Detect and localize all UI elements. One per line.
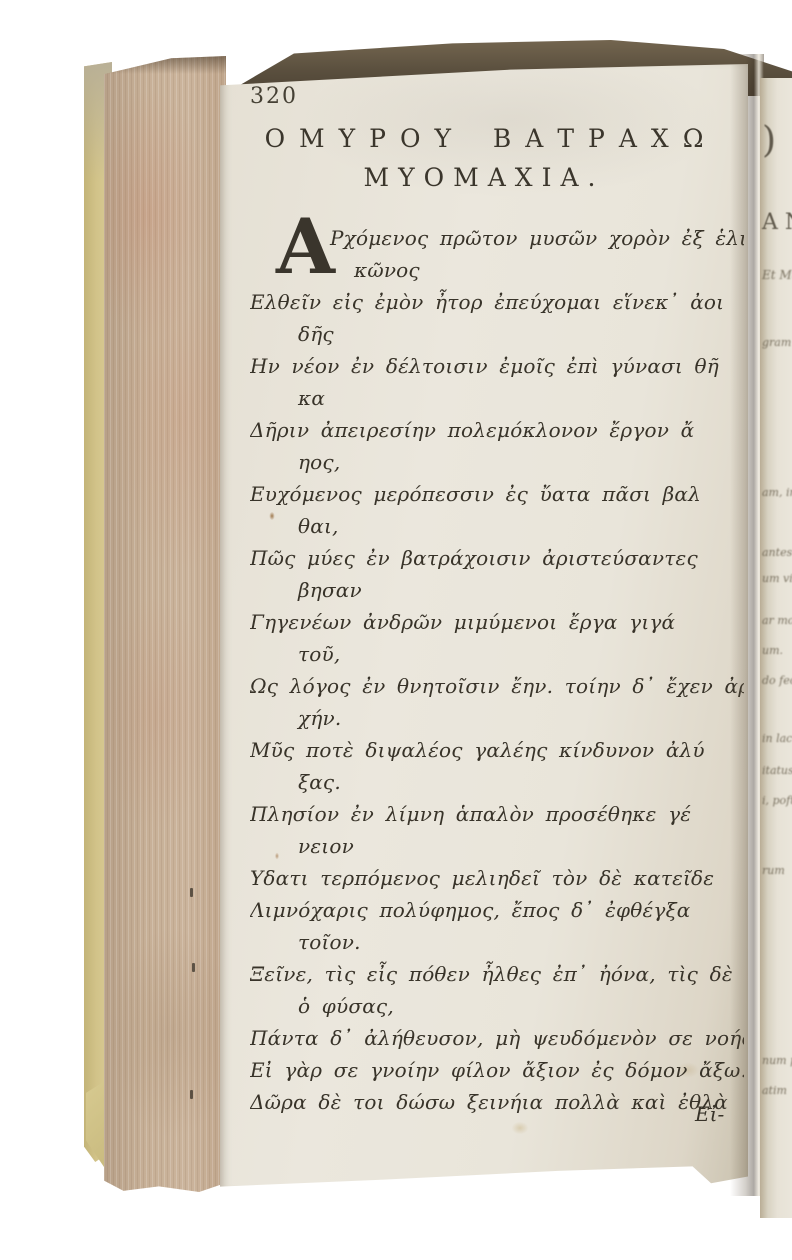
verse-line: Ρχόμενος πρῶτον μυσῶν χορὸν ἐξ ἑλι [330, 222, 744, 254]
verse-line: Ως λόγος ἐν θνητοῖσιν ἔην. τοίην δ᾽ ἔχεν… [250, 670, 744, 702]
verse-wrap: ὁ φύσας, [250, 990, 744, 1022]
facing-fragment: do fecit [762, 674, 792, 687]
fore-edge [104, 56, 226, 1192]
verse-wrap: νειον [250, 830, 744, 862]
facing-fragment: Et Mur [762, 268, 792, 282]
facing-fragment: ) I [762, 120, 792, 161]
verse-wrap: τοῦ, [250, 638, 744, 670]
catchword: Εἰ- [695, 1102, 724, 1126]
verse-line: Δῶρα δὲ τοι δώσω ξεινήια πολλὰ καὶ ἐθλὰ [250, 1086, 744, 1118]
verse-wrap: ηος, [250, 446, 744, 478]
verse-line: Γηγενέων ἀνδρῶν μιμύμενοι ἔργα γιγά [250, 606, 744, 638]
facing-fragment: ar mor [762, 614, 792, 627]
verse-block: Ρχόμενος πρῶτον μυσῶν χορὸν ἐξ ἑλι κῶνος… [250, 222, 744, 1118]
facing-page-sliver: ) I A N Et Mur gram am, im, antes i um v… [760, 78, 792, 1218]
verse-wrap: κα [250, 382, 744, 414]
facing-fragment: A N [762, 210, 792, 235]
page-number: 320 [250, 84, 298, 109]
verse-line: Ελθεῖν εἰς ἐμὸν ἦτορ ἐπεύχομαι εἵνεκ᾽ ἀο… [250, 286, 744, 318]
verse-line: Υδατι τερπόμενος μελιηδεῖ τὸν δὲ κατεῖδε [250, 862, 744, 894]
title-line-1: ΟΜΥΡΟΥ ΒΑΤΡΑΧΩ [220, 124, 748, 153]
verse-wrap: χήν. [250, 702, 744, 734]
verse-wrap: κῶνος [250, 254, 744, 286]
facing-fragment: in lacu [762, 732, 792, 745]
verse-wrap: τοῖον. [250, 926, 744, 958]
verse-line: Ην νέον ἐν δέλτοισιν ἐμοῖς ἐπὶ γύνασι θῆ [250, 350, 744, 382]
title-line-2: ΜΥΟΜΑΧΙΑ. [220, 163, 748, 192]
ink-mark [192, 963, 195, 972]
facing-fragment: antes i [762, 546, 792, 559]
facing-fragment: um vive [762, 572, 792, 585]
facing-fragment: rum [762, 864, 785, 877]
verse-line: Δῆριν ἀπειρεσίην πολεμόκλονον ἔργον ἄ [250, 414, 744, 446]
verse-line: Πάντα δ᾽ ἀλήθευσον, μὴ ψευδόμενὸν σε νοή… [250, 1022, 744, 1054]
verse-wrap: βησαν [250, 574, 744, 606]
verse-wrap: θαι, [250, 510, 744, 542]
facing-fragment: am, im, [762, 486, 792, 499]
facing-fragment: itatus d [762, 764, 792, 777]
verse-line: Ξεῖνε, τὶς εἶς πόθεν ἦλθες ἐπ᾽ ἠόνα, τὶς… [250, 958, 744, 990]
facing-fragment: num p [762, 1054, 792, 1067]
facing-fragment: atim [762, 1084, 787, 1097]
verse-line: Εἰ γὰρ σε γνοίην φίλον ἄξιον ἐς δόμον ἄξ… [250, 1054, 744, 1086]
book-photograph: 320 ΟΜΥΡΟΥ ΒΑΤΡΑΧΩ ΜΥΟΜΑΧΙΑ. Α Ρχόμενος … [0, 0, 792, 1260]
verse-wrap: ξας. [250, 766, 744, 798]
recto-page: 320 ΟΜΥΡΟΥ ΒΑΤΡΑΧΩ ΜΥΟΜΑΧΙΑ. Α Ρχόμενος … [220, 64, 748, 1190]
ink-mark [190, 888, 193, 897]
verse-line: Λιμνόχαρις πολύφημος, ἔπος δ᾽ ἐφθέγξα [250, 894, 744, 926]
verse-line: Ευχόμενος μερόπεσσιν ἐς ὔατα πᾶσι βαλ [250, 478, 744, 510]
facing-fragment: um. [762, 644, 783, 657]
verse-line: Μῦς ποτὲ διψαλέος γαλέης κίνδυνον ἀλύ [250, 734, 744, 766]
facing-fragment: i, pofter [762, 794, 792, 807]
verse-wrap: δῆς [250, 318, 744, 350]
gutter-fold [730, 54, 764, 1196]
facing-fragment: gram [762, 336, 791, 349]
ink-mark [190, 1090, 193, 1099]
verse-line: Πῶς μύες ἐν βατράχοισιν ἀριστεύσαντες [250, 542, 744, 574]
verse-line: Πλησίον ἐν λίμνη ἁπαλὸν προσέθηκε γέ [250, 798, 744, 830]
